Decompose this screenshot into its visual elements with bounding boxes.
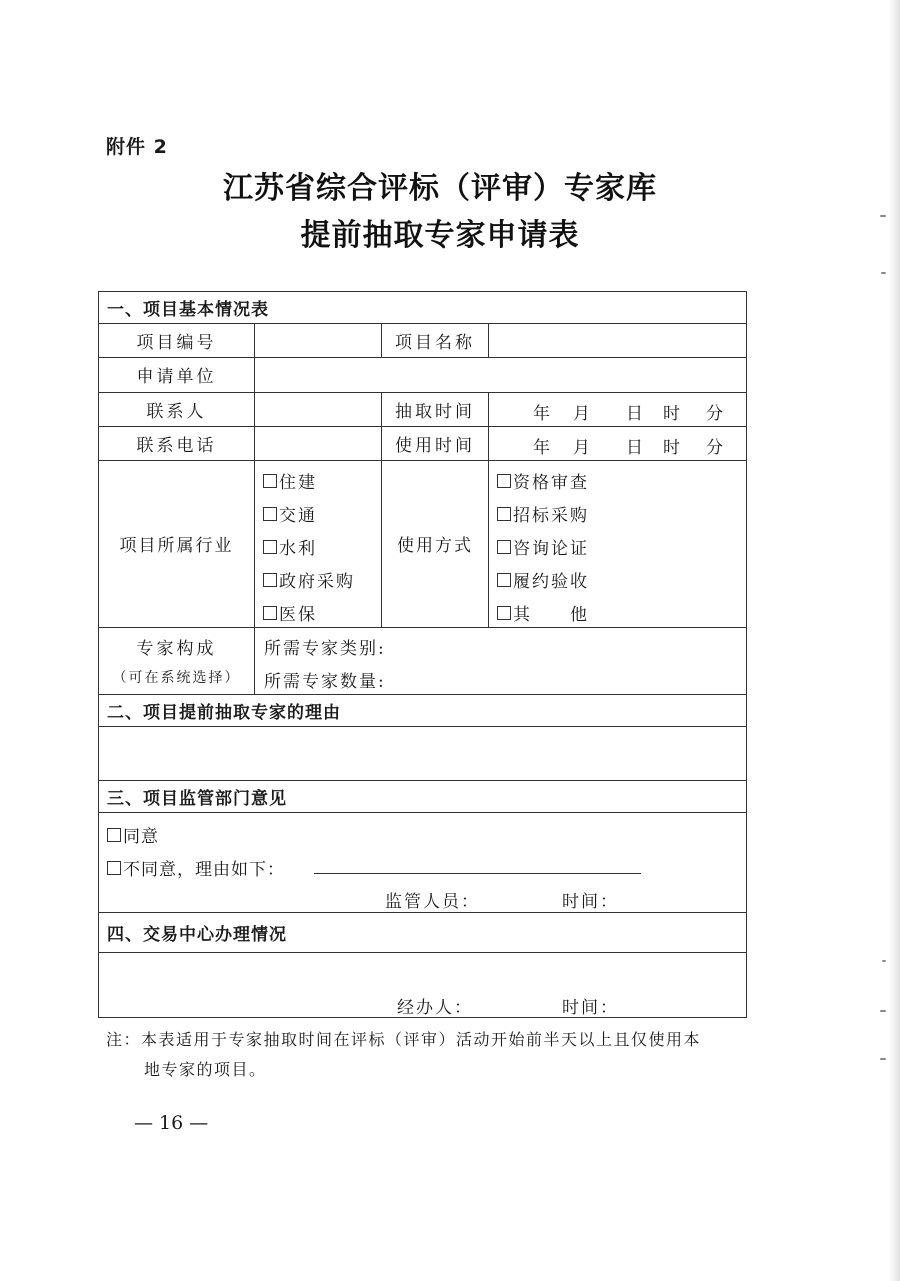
handler-label: 经办人： (397, 993, 473, 1018)
industry-option-transport[interactable]: 交通 (263, 501, 317, 526)
hour-unit: 时 (663, 399, 680, 424)
scan-speck (880, 215, 886, 217)
application-form: 一、项目基本情况表 项目编号 项目名称 申请单位 联系人 抽取时间 年 月 日 … (98, 291, 747, 1018)
checkbox-icon[interactable] (263, 606, 277, 620)
section4-heading: 四、交易中心办理情况 (107, 912, 287, 952)
applicant-label: 申请单位 (99, 357, 254, 392)
expert-count-field[interactable]: 所需专家数量: (264, 667, 386, 692)
page-title: 江苏省综合评标（评审）专家库 (0, 163, 880, 207)
day-unit: 日 (626, 399, 643, 424)
checkbox-icon[interactable] (263, 474, 277, 488)
scan-speck (880, 1058, 886, 1060)
reason-field[interactable] (99, 727, 746, 779)
usage-label: 使用方式 (382, 460, 488, 627)
usage-option-bidding[interactable]: 招标采购 (497, 501, 589, 526)
expert-label: 专家构成 (99, 633, 254, 659)
draw-time-label: 抽取时间 (382, 392, 488, 426)
row-divider (99, 952, 746, 953)
scan-speck (882, 960, 886, 962)
checkbox-icon[interactable] (263, 573, 277, 587)
project-name-label: 项目名称 (382, 323, 488, 357)
month-unit: 月 (573, 433, 590, 458)
expert-sublabel: （可在系统选择） (99, 665, 254, 689)
checkbox-icon[interactable] (497, 606, 511, 620)
scan-speck (880, 1010, 886, 1012)
industry-option-water[interactable]: 水利 (263, 534, 317, 559)
expert-category-field[interactable]: 所需专家类别: (264, 634, 386, 659)
industry-option-housing[interactable]: 住建 (263, 468, 317, 493)
footnote-line1: 注：本表适用于专家抽取时间在评标（评审）活动开始前半天以上且仅使用本 (106, 1027, 701, 1050)
handler-time-label: 时间： (562, 993, 619, 1018)
minute-unit: 分 (706, 433, 723, 458)
section3-heading: 三、项目监管部门意见 (107, 780, 287, 812)
attachment-label: 附件 2 (106, 132, 168, 159)
row-divider (99, 812, 746, 813)
scan-speck (881, 272, 886, 274)
section1-heading: 一、项目基本情况表 (107, 292, 269, 323)
phone-field[interactable] (255, 426, 381, 460)
page-number: — 16 — (134, 1112, 208, 1134)
year-unit: 年 (533, 399, 550, 424)
industry-option-procurement[interactable]: 政府采购 (263, 567, 355, 592)
contact-field[interactable] (255, 392, 381, 426)
month-unit: 月 (573, 399, 590, 424)
scan-edge (888, 0, 900, 1281)
footnote-line2: 地专家的项目。 (144, 1057, 267, 1080)
checkbox-icon[interactable] (497, 507, 511, 521)
use-time-field[interactable]: 年 月 日 时 分 (489, 426, 746, 460)
industry-label: 项目所属行业 (99, 460, 254, 627)
agree-option[interactable]: 同意 (107, 822, 159, 847)
project-name-field[interactable] (489, 323, 746, 357)
hour-unit: 时 (663, 433, 680, 458)
year-unit: 年 (533, 433, 550, 458)
usage-option-other[interactable]: 其 他 (497, 600, 589, 625)
disagree-option[interactable]: 不同意，理由如下： (107, 855, 285, 880)
supervisor-label: 监管人员： (385, 887, 480, 912)
usage-option-qualification[interactable]: 资格审查 (497, 468, 589, 493)
day-unit: 日 (626, 433, 643, 458)
phone-label: 联系电话 (99, 426, 254, 460)
project-no-field[interactable] (255, 323, 381, 357)
checkbox-icon[interactable] (263, 540, 277, 554)
checkbox-icon[interactable] (497, 573, 511, 587)
contact-label: 联系人 (99, 392, 254, 426)
usage-option-consulting[interactable]: 咨询论证 (497, 534, 589, 559)
checkbox-icon[interactable] (263, 507, 277, 521)
use-time-label: 使用时间 (382, 426, 488, 460)
checkbox-icon[interactable] (107, 828, 121, 842)
section2-heading: 二、项目提前抽取专家的理由 (107, 694, 341, 726)
disagree-reason-line[interactable] (314, 873, 641, 874)
minute-unit: 分 (706, 399, 723, 424)
checkbox-icon[interactable] (497, 540, 511, 554)
applicant-field[interactable] (255, 357, 746, 392)
page-subtitle: 提前抽取专家申请表 (0, 210, 880, 254)
checkbox-icon[interactable] (107, 861, 121, 875)
checkbox-icon[interactable] (497, 474, 511, 488)
row-divider (99, 627, 746, 628)
usage-option-acceptance[interactable]: 履约验收 (497, 567, 589, 592)
supervisor-time-label: 时间： (562, 887, 619, 912)
project-no-label: 项目编号 (99, 323, 254, 357)
industry-option-medical[interactable]: 医保 (263, 600, 317, 625)
draw-time-field[interactable]: 年 月 日 时 分 (489, 392, 746, 426)
